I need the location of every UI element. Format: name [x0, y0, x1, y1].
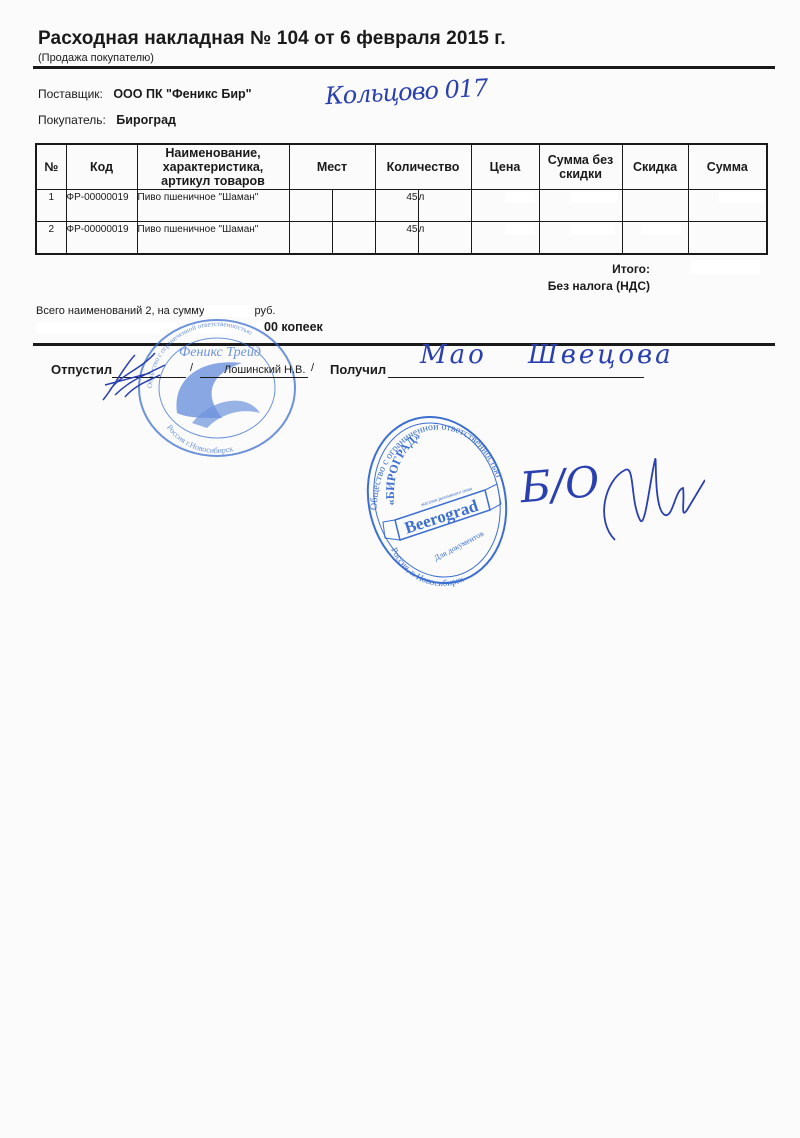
cell-name: Пиво пшеничное "Шаман": [137, 190, 289, 222]
summary-sum-redacted: [204, 305, 254, 317]
received-signature: Мао Швецова: [420, 340, 674, 370]
total-label: Итого:: [612, 262, 650, 276]
col-header-places: Мест: [289, 144, 375, 190]
cell-discount-redacted: [622, 222, 688, 255]
released-separator-2: /: [311, 362, 314, 374]
total-value-redacted: [690, 260, 760, 274]
cell-places-1: [289, 190, 332, 222]
buyer-stamp-for-docs: Для документов: [432, 529, 485, 563]
cell-unit: л: [418, 222, 471, 255]
buyer-row: Покупатель: Бироград: [38, 111, 176, 129]
supplier-row: Поставщик: ООО ПК "Феникс Бир": [38, 85, 252, 103]
summary-prefix: Всего наименований 2, на сумму: [36, 305, 204, 317]
supplier-label: Поставщик:: [38, 87, 103, 101]
bio-note: Б/О: [518, 457, 601, 513]
received-signature-line: [388, 376, 644, 378]
table-row: 1 ФР-00000019 Пиво пшеничное "Шаман" 45 …: [36, 190, 767, 222]
buyer-stamp: Общество с ограниченной ответственностью…: [365, 410, 510, 590]
col-header-num: №: [36, 144, 66, 190]
cell-num: 1: [36, 190, 66, 222]
released-separator-1: /: [190, 362, 193, 374]
cell-qty: 45: [375, 222, 418, 255]
header-divider: [33, 66, 775, 69]
svg-text:Россия г.Новосибирск: Россия г.Новосибирск: [165, 423, 234, 455]
cell-name: Пиво пшеничное "Шаман": [137, 222, 289, 255]
summary-line-1: Всего наименований 2, на суммуруб.: [36, 305, 275, 317]
cell-places-1: [289, 222, 332, 255]
col-header-code: Код: [66, 144, 137, 190]
cell-sum-no-discount-redacted: [539, 190, 622, 222]
col-header-name: Наименование, характеристика, артикул то…: [137, 144, 289, 190]
col-header-sum-no-discount: Сумма без скидки: [539, 144, 622, 190]
cell-sum-no-discount-redacted: [539, 222, 622, 255]
buyer-label: Покупатель:: [38, 113, 106, 127]
cell-unit: л: [418, 190, 471, 222]
cell-num: 2: [36, 222, 66, 255]
buyer-signature: [595, 440, 705, 550]
supplier-value: ООО ПК "Феникс Бир": [113, 87, 251, 101]
cell-places-2: [332, 222, 375, 255]
buyer-stamp-ribbon: Beerograd: [402, 496, 481, 538]
tax-label: Без налога (НДС): [548, 279, 650, 293]
cell-discount: [622, 190, 688, 222]
handwritten-note: Кольцово 017: [324, 74, 488, 110]
buyer-value: Бироград: [116, 113, 176, 127]
table-row: 2 ФР-00000019 Пиво пшеничное "Шаман" 45 …: [36, 222, 767, 255]
released-name-line: [200, 376, 308, 378]
col-header-discount: Скидка: [622, 144, 688, 190]
released-signature: [95, 345, 185, 405]
col-header-price: Цена: [471, 144, 539, 190]
cell-code: ФР-00000019: [66, 222, 137, 255]
cell-sum: [688, 222, 767, 255]
document-title: Расходная накладная № 104 от 6 февраля 2…: [38, 28, 506, 50]
received-label: Получил: [330, 362, 386, 377]
cell-price-redacted: [471, 190, 539, 222]
col-header-quantity: Количество: [375, 144, 471, 190]
cell-code: ФР-00000019: [66, 190, 137, 222]
cell-price-redacted: [471, 222, 539, 255]
items-table: № Код Наименование, характеристика, арти…: [35, 143, 768, 255]
cell-qty: 45: [375, 190, 418, 222]
col-header-sum: Сумма: [688, 144, 767, 190]
summary-suffix: руб.: [254, 305, 275, 317]
supplier-stamp-ring-bottom: Россия г.Новосибирск: [165, 423, 234, 455]
supplier-stamp-center: Феникс Трейд: [179, 345, 261, 360]
table-header-row: № Код Наименование, характеристика, арти…: [36, 144, 767, 190]
released-name: Лошинский Н.В.: [224, 364, 305, 376]
document-subtitle: (Продажа покупателю): [38, 52, 154, 64]
cell-sum-redacted: [688, 190, 767, 222]
cell-places-2: [332, 190, 375, 222]
